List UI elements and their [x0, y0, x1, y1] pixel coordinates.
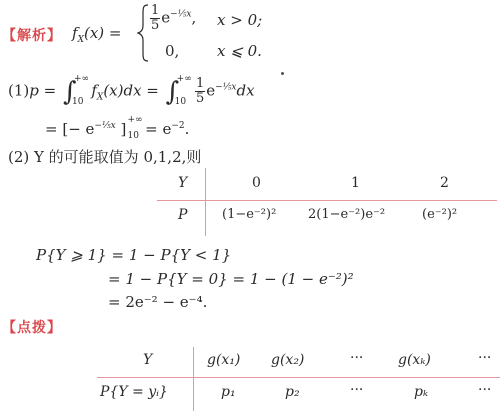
table2-value-2: g(x₂) [271, 352, 304, 368]
calc-line-1: P{Y ⩾ 1} = 1 − P{Y < 1} [36, 246, 231, 264]
exp-power: −⅕x [215, 83, 236, 93]
int-upper: +∞ [177, 75, 192, 84]
table2-value-k: g(xₖ) [398, 352, 431, 368]
table1-prob-1: 2(1−e⁻²)e⁻² [308, 207, 385, 222]
sep: , [192, 9, 197, 27]
tip-tag: 【点拨】 [2, 317, 62, 337]
calc-line-2: = 1 − P{Y = 0} = 1 − (1 − e⁻²)² [108, 270, 354, 288]
table2-value-1: g(x₁) [207, 352, 240, 368]
fraction-1-5: 15 [150, 4, 160, 33]
table2-horizontal-rule [97, 377, 500, 378]
table2-value-ellipsis-2: ··· [478, 350, 491, 366]
table1-vertical-rule [205, 168, 206, 236]
table1-value-1: 1 [351, 175, 360, 191]
frac-den: 5 [195, 92, 205, 106]
table2-prob-k: pₖ [414, 384, 428, 400]
table2-header-p: P{Y = yᵢ} [100, 384, 168, 400]
bracket: ] [121, 120, 127, 138]
pdf-case2-cond: x ⩽ 0. [217, 42, 262, 60]
table2-prob-ellipsis-1: ··· [350, 382, 363, 398]
part1-line1: (1)p = ∫+∞10 fX(x)dx = ∫+∞10 15e−⅕xdx [8, 77, 255, 106]
pdf-lhs: fX(x) = [72, 24, 121, 45]
table2-header-y: Y [143, 352, 152, 368]
table2-vertical-rule [193, 347, 194, 411]
eq: = [44, 82, 57, 100]
table1-prob-0: (1−e⁻²)² [222, 207, 276, 222]
pdf-case1: 15e−⅕x, [149, 4, 196, 33]
pdf-case1-cond: x > 0; [217, 11, 262, 29]
line2-end-exp: −2 [171, 121, 184, 131]
frac-den: 5 [150, 19, 160, 33]
analysis-tag: 【解析】 [2, 25, 62, 45]
table1-header-p: P [178, 207, 187, 223]
frac-num: 1 [150, 4, 160, 19]
fraction-1-5: 15 [195, 77, 205, 106]
table1-prob-2: (e⁻²)² [422, 207, 457, 222]
part2-intro: (2) Y 的可能取值为 0,1,2,则 [8, 146, 201, 167]
pdf-arg: (x) = [84, 24, 122, 42]
bracket-upper: +∞ [128, 115, 143, 125]
pdf-case2-val: 0, [165, 42, 179, 60]
int-lower: 10 [72, 98, 83, 107]
integral-sign-1: ∫+∞10 [63, 79, 77, 105]
table2-prob-1: p₁ [221, 384, 236, 400]
frac-num: 1 [195, 77, 205, 92]
exp-power: −⅕x [170, 10, 191, 20]
table1-value-2: 2 [440, 175, 449, 191]
int-lower: 10 [175, 98, 186, 107]
int-upper: +∞ [74, 75, 89, 84]
line2-start: = [− e [45, 120, 94, 138]
table1-horizontal-rule [157, 200, 497, 201]
stray-dot [281, 72, 284, 75]
bracket-lower: 10 [128, 131, 139, 141]
integral-sign-2: ∫+∞10 [166, 79, 180, 105]
part1-line2: = [− e−⅕x ]+∞10 = e−2. [45, 120, 189, 138]
eval-bracket: ]+∞10 [121, 120, 127, 138]
exp-base: e [161, 9, 170, 27]
part1-label: (1) [8, 82, 29, 100]
table2-prob-2: p₂ [285, 384, 300, 400]
int1-tail: (x)dx = [103, 82, 159, 100]
line2-exp: −⅕x [94, 121, 115, 131]
line2-end: = e [145, 120, 171, 138]
var-p: p [29, 82, 39, 100]
table2-value-ellipsis-1: ··· [350, 350, 363, 366]
exp-base: e [206, 82, 215, 100]
table1-header-y: Y [178, 175, 187, 191]
dx: dx [237, 82, 255, 100]
table1-value-0: 0 [252, 175, 261, 191]
period: . [185, 120, 190, 138]
calc-line-3: = 2e⁻² − e⁻⁴. [108, 293, 207, 311]
table2-prob-ellipsis-2: ··· [478, 382, 491, 398]
